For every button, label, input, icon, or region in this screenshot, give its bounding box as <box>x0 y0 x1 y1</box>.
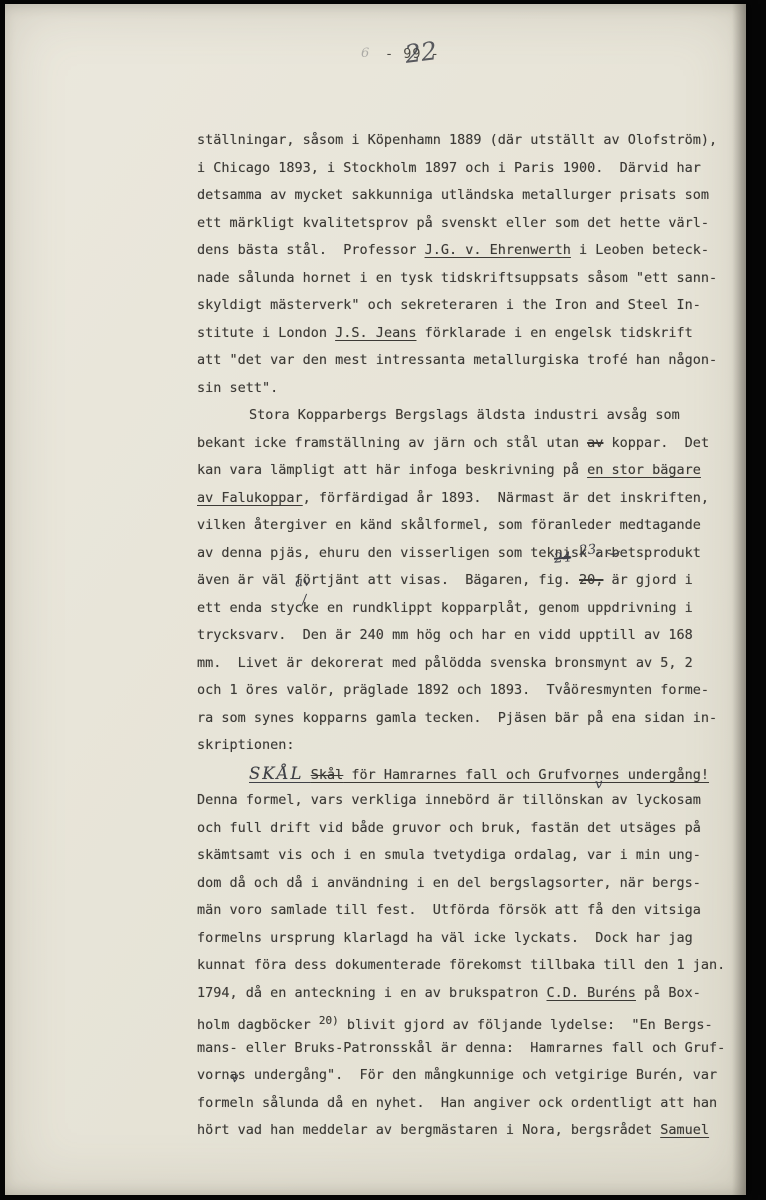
text-segment: nade sålunda hornet i en tysk tidskrifts… <box>197 270 717 286</box>
text-segment: dens bästa stål. Professor <box>197 242 425 258</box>
text-segment: i Leoben beteck- <box>571 242 709 258</box>
text-line: ett enda stycke en rundklippt kopparplåt… <box>197 595 725 623</box>
text-line: kan vara lämpligt att här infoga beskriv… <box>197 457 725 485</box>
text-segment: formeln sålunda då en nyhet. Han angiver… <box>197 1095 717 1111</box>
text-segment: 20) <box>319 1014 339 1027</box>
text-segment: för Hamrarnes fall och Grufvornes underg… <box>343 767 709 783</box>
text-line: Stora Kopparbergs Bergslags äldsta indus… <box>197 402 725 430</box>
text-segment: stitute i London <box>197 325 335 341</box>
text-line: kunnat föra dess dokumenterade förekomst… <box>197 952 725 980</box>
text-line: nade sålunda hornet i en tysk tidskrifts… <box>197 265 725 293</box>
text-segment: av <box>587 435 603 451</box>
text-segment: Stora Kopparbergs Bergslags äldsta indus… <box>249 407 680 423</box>
text-line: SKÅL Skål för Hamrarnes fall och Grufvor… <box>197 760 725 788</box>
text-segment: vilken återgiver en känd skålformel, som… <box>197 517 701 533</box>
text-line: och full drift vid både gruvor och bruk,… <box>197 815 725 843</box>
text-segment: J.S. Jeans <box>335 325 416 341</box>
text-segment: bekant icke framställning av järn och st… <box>197 435 587 451</box>
text-segment: skyldigt mästerverk" och sekreteraren i … <box>197 297 701 313</box>
text-segment: SKÅL <box>249 764 311 783</box>
text-line: skämtsamt vis och i en smula tvetydiga o… <box>197 842 725 870</box>
text-segment: blivit gjord av följande lydelse: "En Be… <box>339 1017 713 1033</box>
text-line: att "det var den mest intressanta metall… <box>197 347 725 375</box>
text-segment: hört vad han meddelar av bergmästaren i … <box>197 1122 660 1138</box>
text-segment: av denna pjäs, ehuru den visserligen som… <box>197 545 701 561</box>
text-segment: dom då och då i användning i en del berg… <box>197 875 701 891</box>
text-line: ställningar, såsom i Köpenhamn 1889 (där… <box>197 127 725 155</box>
text-line: i Chicago 1893, i Stockholm 1897 och i P… <box>197 155 725 183</box>
text-line: trycksvarv. Den är 240 mm hög och har en… <box>197 622 725 650</box>
text-line: av Falukoppar, förfärdigad år 1893. Närm… <box>197 485 725 513</box>
text-segment: formelns ursprung klarlagd ha väl icke l… <box>197 930 693 946</box>
text-segment: skämtsamt vis och i en smula tvetydiga o… <box>197 847 701 863</box>
text-line: Denna formel, vars verkliga innebörd är … <box>197 787 725 815</box>
text-line: sin sett". <box>197 375 725 403</box>
text-segment: på Box- <box>636 985 701 1001</box>
text-segment: ra som synes kopparns gamla tecken. Pjäs… <box>197 710 717 726</box>
text-line: män voro samlade till fest. Utförda förs… <box>197 897 725 925</box>
text-segment: förklarade i en engelsk tidskrift <box>416 325 692 341</box>
text-segment: 1794, då en anteckning i en av brukspatr… <box>197 985 547 1001</box>
text-segment: ställningar, såsom i Köpenhamn 1889 (där… <box>197 132 717 148</box>
text-line: mm. Livet är dekorerat med pålödda svens… <box>197 650 725 678</box>
text-segment: Denna formel, vars verkliga innebörd är … <box>197 792 701 808</box>
text-segment: och full drift vid både gruvor och bruk,… <box>197 820 701 836</box>
pencil-mark: 6 <box>361 46 369 61</box>
text-segment: Skål <box>311 767 344 783</box>
text-line: skyldigt mästerverk" och sekreteraren i … <box>197 292 725 320</box>
text-line: mans- eller Bruks-Patronsskål är denna: … <box>197 1035 725 1063</box>
text-line: hört vad han meddelar av bergmästaren i … <box>197 1117 725 1145</box>
text-segment: koppar. Det <box>603 435 709 451</box>
text-line: dens bästa stål. Professor J.G. v. Ehren… <box>197 237 725 265</box>
text-segment: detsamma av mycket sakkunniga utländska … <box>197 187 709 203</box>
text-segment: vornas undergång". För den mångkunnige o… <box>197 1067 717 1083</box>
text-segment: mm. Livet är dekorerat med pålödda svens… <box>197 655 693 671</box>
text-line: och 1 öres valör, präglade 1892 och 1893… <box>197 677 725 705</box>
text-segment: en stor bägare <box>587 462 701 478</box>
text-line: ra som synes kopparns gamla tecken. Pjäs… <box>197 705 725 733</box>
text-line: bekant icke framställning av järn och st… <box>197 430 725 458</box>
paper-sheet: - 99 - ställningar, såsom i Köpenhamn 18… <box>5 4 746 1195</box>
text-segment: mans- eller Bruks-Patronsskål är denna: … <box>197 1040 725 1056</box>
text-line: av denna pjäs, ehuru den visserligen som… <box>197 540 725 568</box>
text-line: vornas undergång". För den mångkunnige o… <box>197 1062 725 1090</box>
text-line: stitute i London J.S. Jeans förklarade i… <box>197 320 725 348</box>
text-line: holm dagböcker 20) blivit gjord av följa… <box>197 1007 725 1035</box>
text-segment: kunnat föra dess dokumenterade förekomst… <box>197 957 725 973</box>
text-segment: i Chicago 1893, i Stockholm 1897 och i P… <box>197 160 701 176</box>
text-segment: C.D. Buréns <box>547 985 636 1001</box>
text-line: skriptionen: <box>197 732 725 760</box>
text-segment: holm dagböcker <box>197 1017 319 1033</box>
text-line: vilken återgiver en känd skålformel, som… <box>197 512 725 540</box>
text-segment: är gjord i <box>603 572 692 588</box>
text-segment: skriptionen: <box>197 737 295 753</box>
text-segment: J.G. v. Ehrenwerth <box>425 242 571 258</box>
text-segment: av Falukoppar <box>197 490 303 506</box>
text-segment: Samuel <box>660 1122 709 1138</box>
text-line: även är väl förtjänt att visas. Bägaren,… <box>197 567 725 595</box>
text-segment: att "det var den mest intressanta metall… <box>197 352 717 368</box>
text-line: ett märkligt kvalitetsprov på svenskt el… <box>197 210 725 238</box>
text-segment: kan vara lämpligt att här infoga beskriv… <box>197 462 587 478</box>
typewritten-text: ställningar, såsom i Köpenhamn 1889 (där… <box>197 127 725 1145</box>
text-line: detsamma av mycket sakkunniga utländska … <box>197 182 725 210</box>
text-segment: , förfärdigad år 1893. Närmast är det in… <box>303 490 709 506</box>
text-line: 1794, då en anteckning i en av brukspatr… <box>197 980 725 1008</box>
text-segment: 20, <box>579 572 603 588</box>
text-line: formeln sålunda då en nyhet. Han angiver… <box>197 1090 725 1118</box>
text-line: dom då och då i användning i en del berg… <box>197 870 725 898</box>
text-segment: sin sett". <box>197 380 278 396</box>
text-segment: ett enda stycke en rundklippt kopparplåt… <box>197 600 693 616</box>
text-segment: män voro samlade till fest. Utförda förs… <box>197 902 701 918</box>
scanned-page-background: - 99 - ställningar, såsom i Köpenhamn 18… <box>0 0 766 1200</box>
text-line: formelns ursprung klarlagd ha väl icke l… <box>197 925 725 953</box>
text-segment: även är väl förtjänt att visas. Bägaren,… <box>197 572 579 588</box>
page-number-typed: - 99 - <box>385 44 440 64</box>
text-segment: ett märkligt kvalitetsprov på svenskt el… <box>197 215 709 231</box>
text-segment: trycksvarv. Den är 240 mm hög och har en… <box>197 627 693 643</box>
text-segment: och 1 öres valör, präglade 1892 och 1893… <box>197 682 709 698</box>
